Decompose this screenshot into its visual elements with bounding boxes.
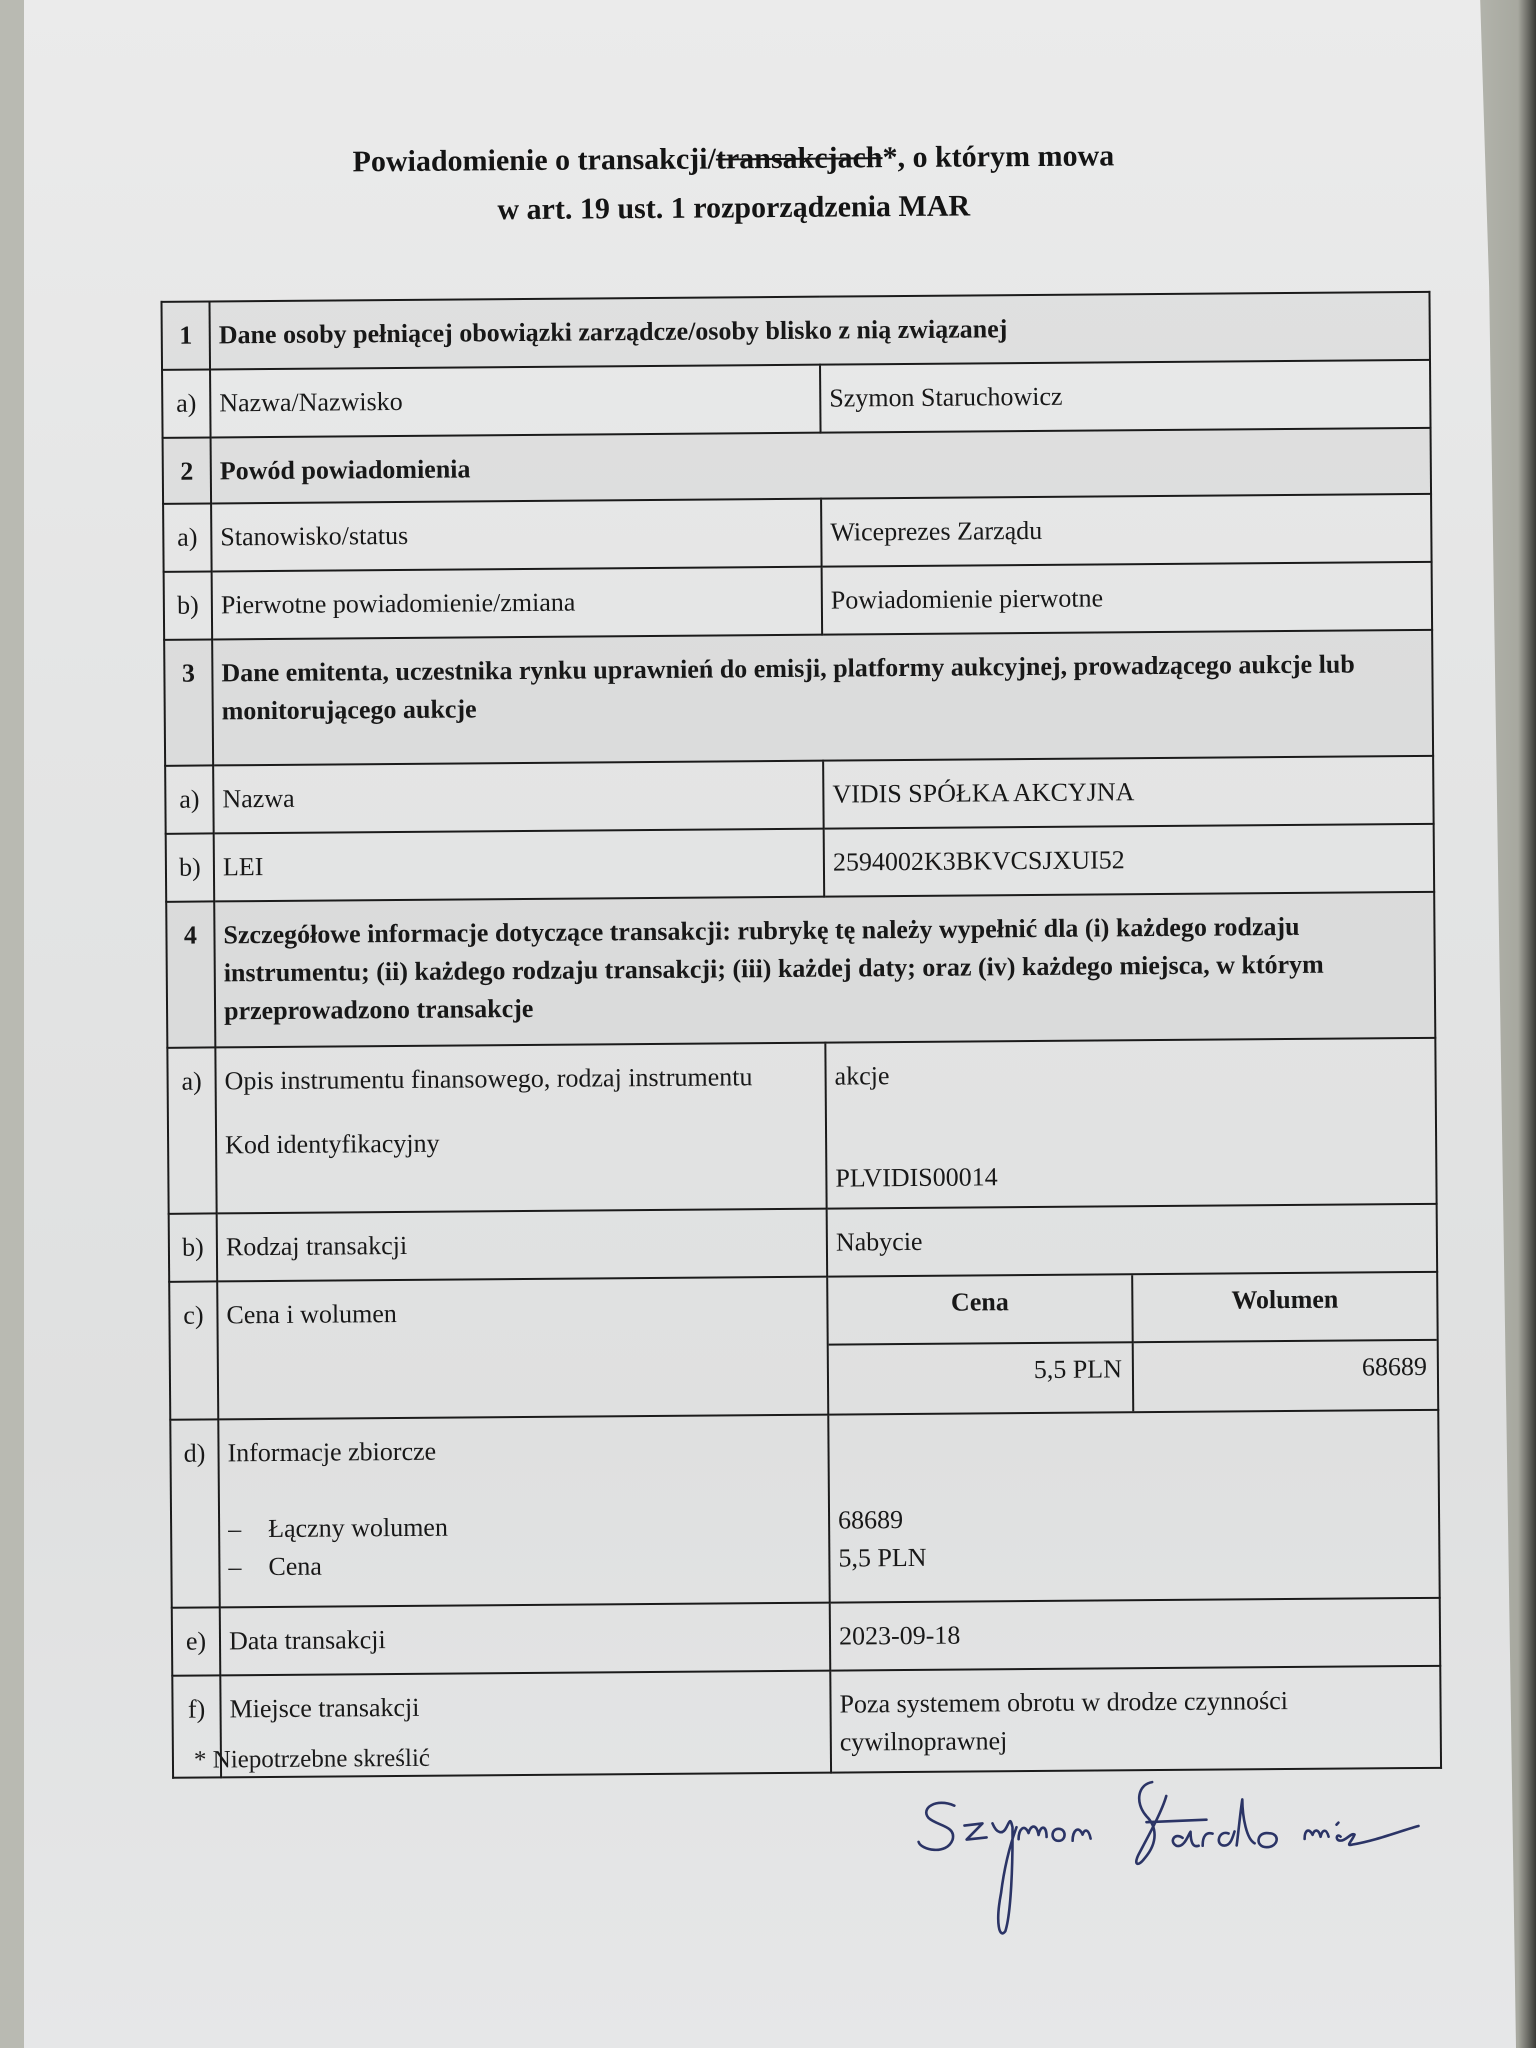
table-row: e) Data transakcji 2023-09-18 <box>172 1598 1440 1676</box>
title-line-1: Powiadomienie o transakcji/transakcjach*… <box>283 131 1183 187</box>
section-number: 4 <box>166 901 215 1047</box>
field-value-transaction-type: Nabycie <box>827 1204 1438 1277</box>
table-row: a) Nazwa VIDIS SPÓŁKA AKCYJNA <box>165 756 1433 834</box>
section-3-header: 3 Dane emitenta, uczestnika rynku uprawn… <box>164 630 1433 766</box>
section-number: 3 <box>164 639 213 765</box>
price-volume-table: Cena Wolumen 5,5 PLN 68689 <box>828 1273 1437 1414</box>
aggregate-volume-value: 68689 <box>838 1497 1430 1540</box>
row-letter: a) <box>163 503 212 571</box>
row-letter: c) <box>169 1281 218 1419</box>
field-label: Informacje zbiorcze <box>227 1430 819 1473</box>
section-heading: Szczegółowe informacje dotyczące transak… <box>214 892 1435 1048</box>
section-heading: Powód powiadomienia <box>211 428 1431 504</box>
row-letter: a) <box>165 765 214 833</box>
field-label: Nazwa <box>213 761 824 834</box>
field-value-position: Wiceprezes Zarządu <box>821 494 1432 567</box>
field-value-name: Szymon Staruchowicz <box>820 360 1431 433</box>
field-label: Nazwa/Nazwisko <box>210 365 821 438</box>
aggregate-price-label: Cena <box>228 1544 820 1587</box>
aggregate-volume-label: Łączny wolumen <box>228 1506 820 1549</box>
row-letter: b) <box>169 1213 218 1281</box>
aggregate-price-value: 5,5 PLN <box>838 1535 1430 1578</box>
notification-form-table: 1 Dane osoby pełniącej obowiązki zarządc… <box>160 291 1442 1779</box>
section-number: 2 <box>163 437 212 503</box>
volume-value: 68689 <box>1133 1340 1438 1411</box>
row-letter: b) <box>166 833 215 901</box>
volume-header: Wolumen <box>1132 1273 1437 1342</box>
table-row: a) Stanowisko/status Wiceprezes Zarządu <box>163 494 1431 572</box>
field-label: LEI <box>214 829 825 902</box>
section-2-header: 2 Powód powiadomienia <box>163 428 1431 504</box>
section-4-header: 4 Szczegółowe informacje dotyczące trans… <box>166 892 1435 1048</box>
field-value-isin: PLVIDIS00014 <box>835 1155 1427 1198</box>
aggregate-values: 68689 5,5 PLN <box>828 1410 1439 1603</box>
row-letter: e) <box>172 1607 221 1675</box>
field-value-instrument: akcje <box>834 1053 1426 1096</box>
field-value-issuer-name: VIDIS SPÓŁKA AKCYJNA <box>823 756 1434 829</box>
table-row: b) Rodzaj transakcji Nabycie <box>169 1204 1437 1282</box>
field-label: Rodzaj transakcji <box>217 1209 828 1282</box>
table-row: a) Nazwa/Nazwisko Szymon Staruchowicz <box>162 360 1430 438</box>
footnote: * Niepotrzebne skreślić <box>194 1745 430 1775</box>
section-1-header: 1 Dane osoby pełniącej obowiązki zarządc… <box>161 292 1429 370</box>
row-letter: a) <box>167 1047 216 1213</box>
field-value-venue: Poza systemem obrotu w drodze czynności … <box>830 1666 1441 1773</box>
handwritten-signature <box>906 1760 1447 1944</box>
field-value-date: 2023-09-18 <box>830 1598 1441 1671</box>
struck-word: transakcjach <box>716 141 883 175</box>
section-heading: Dane emitenta, uczestnika rynku uprawnie… <box>212 630 1433 766</box>
field-label: Pierwotne powiadomienie/zmiana <box>212 567 823 640</box>
title-line-2: w art. 19 ust. 1 rozporządzenia MAR <box>284 180 1184 236</box>
table-row: b) Pierwotne powiadomienie/zmiana Powiad… <box>164 562 1432 640</box>
row-letter: d) <box>170 1419 219 1607</box>
price-header: Cena <box>828 1275 1133 1344</box>
section-number: 1 <box>161 301 210 369</box>
field-label: Opis instrumentu finansowego, rodzaj ins… <box>224 1058 816 1101</box>
price-value: 5,5 PLN <box>829 1342 1134 1413</box>
field-sublabel: Kod identyfikacyjny <box>225 1122 817 1165</box>
table-row: a) Opis instrumentu finansowego, rodzaj … <box>167 1038 1436 1214</box>
table-row: b) LEI 2594002K3BKVCSJXUI52 <box>166 824 1434 902</box>
price-volume-cell: Cena Wolumen 5,5 PLN 68689 <box>827 1272 1438 1415</box>
field-value-group: akcje PLVIDIS00014 <box>825 1038 1436 1209</box>
field-value-lei: 2594002K3BKVCSJXUI52 <box>824 824 1435 897</box>
row-letter: b) <box>164 571 213 639</box>
section-heading: Dane osoby pełniącej obowiązki zarządcze… <box>209 292 1429 370</box>
table-row: c) Cena i wolumen Cena Wolumen 5,5 PLN 6… <box>169 1272 1438 1420</box>
field-label-group: Informacje zbiorcze Łączny wolumen Cena <box>218 1415 829 1608</box>
field-label: Cena i wolumen <box>217 1277 828 1420</box>
field-label: Stanowisko/status <box>211 499 822 572</box>
aggregate-list: Łączny wolumen Cena <box>228 1506 821 1587</box>
table-row: d) Informacje zbiorcze Łączny wolumen Ce… <box>170 1410 1439 1608</box>
document-title: Powiadomienie o transakcji/transakcjach*… <box>283 131 1184 236</box>
document-content: Powiadomienie o transakcji/transakcjach*… <box>0 0 1536 2048</box>
row-letter: a) <box>162 369 211 437</box>
field-label: Data transakcji <box>220 1603 831 1676</box>
field-value-notification-type: Powiadomienie pierwotne <box>822 562 1433 635</box>
field-label-group: Opis instrumentu finansowego, rodzaj ins… <box>215 1043 826 1214</box>
